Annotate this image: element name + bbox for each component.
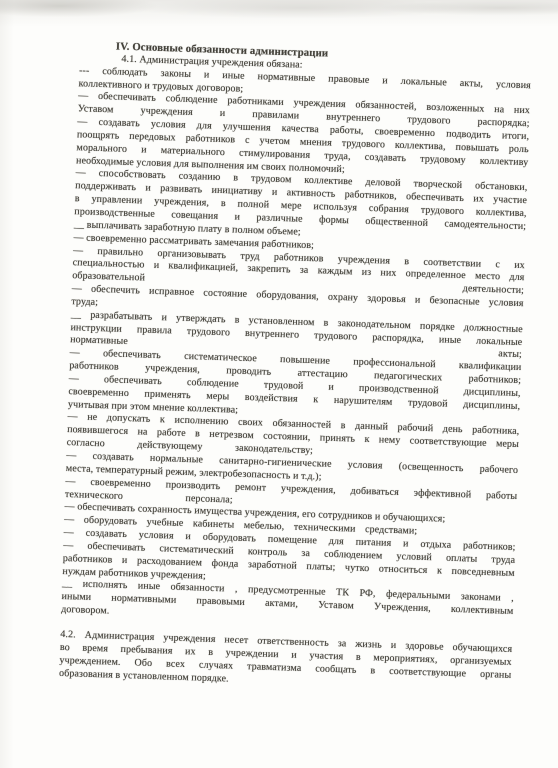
document-body: 4.1. Администрация учреждения обязана:--… <box>59 52 532 695</box>
scanner-shadow-top <box>0 0 558 30</box>
scanned-document-page: IV. Основные обязанности администрации 4… <box>0 0 558 768</box>
scanner-shadow-left <box>0 0 14 768</box>
document-text-block: IV. Основные обязанности администрации 4… <box>59 39 532 695</box>
